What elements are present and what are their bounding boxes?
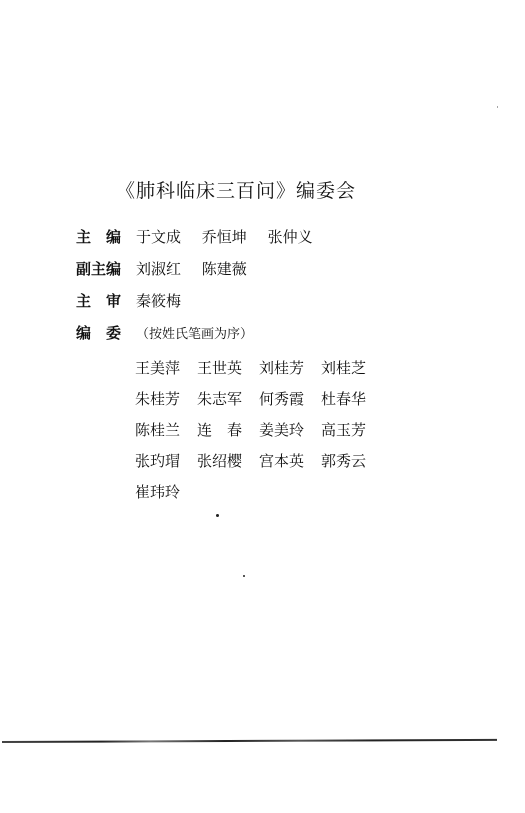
member-row: 陈桂兰 连 春 姜美玲 高玉芳: [135, 414, 383, 445]
role-label: 主 审: [76, 290, 136, 311]
role-chief-reviewer: 主 审 秦筱梅: [76, 290, 197, 311]
scan-speck: [497, 106, 498, 108]
person-name: 陈桂兰: [135, 419, 197, 440]
person-name: 朱志军: [197, 388, 259, 409]
person-name: 何秀霞: [259, 388, 321, 409]
person-name: 张仲义: [268, 228, 313, 246]
role-label: 副主编: [76, 258, 136, 279]
person-name: 姜美玲: [259, 419, 321, 440]
person-name: 高玉芳: [321, 419, 383, 440]
person-name: 王世英: [197, 357, 259, 378]
person-name: 刘桂芝: [321, 357, 383, 378]
member-row: 张玓瑁 张绍樱 宫本英 郭秀云: [135, 445, 383, 476]
scan-speck: [216, 514, 219, 517]
person-name: 秦筱梅: [136, 292, 181, 310]
committee-members: 王美萍 王世英 刘桂芳 刘桂芝 朱桂芳 朱志军 何秀霞 杜春华 陈桂兰 连 春 …: [135, 352, 383, 507]
role-label: 主 编: [76, 226, 136, 247]
person-name: 杜春华: [321, 388, 383, 409]
person-name: 宫本英: [259, 450, 321, 471]
person-name: 朱桂芳: [135, 388, 197, 409]
role-chief-editor: 主 编 于文成 乔恒坤 张仲义: [76, 226, 329, 247]
person-name: 张绍樱: [197, 450, 259, 471]
bottom-rule: [2, 739, 497, 743]
person-name: 刘桂芳: [259, 357, 321, 378]
person-name: 陈建薇: [202, 260, 247, 278]
person-name: 连 春: [197, 419, 259, 440]
person-name: 崔玮玲: [135, 481, 197, 502]
ordering-note: （按姓氏笔画为序）: [136, 323, 253, 342]
person-name: 刘淑红: [136, 260, 181, 278]
person-name: 郭秀云: [321, 450, 383, 471]
person-name: 于文成: [136, 228, 181, 246]
member-row: 王美萍 王世英 刘桂芳 刘桂芝: [135, 352, 383, 383]
member-row: 崔玮玲: [135, 476, 383, 507]
person-name: 王美萍: [135, 357, 197, 378]
member-row: 朱桂芳 朱志军 何秀霞 杜春华: [135, 383, 383, 414]
committee-title: 《肺科临床三百问》编委会: [116, 176, 356, 203]
role-committee: 编 委 （按姓氏笔画为序）: [76, 322, 253, 343]
role-label: 编 委: [76, 322, 136, 343]
person-name: 张玓瑁: [135, 450, 197, 471]
role-deputy-editor: 副主编 刘淑红 陈建薇: [76, 258, 263, 279]
scan-speck: [243, 575, 245, 577]
person-name: 乔恒坤: [202, 228, 247, 246]
